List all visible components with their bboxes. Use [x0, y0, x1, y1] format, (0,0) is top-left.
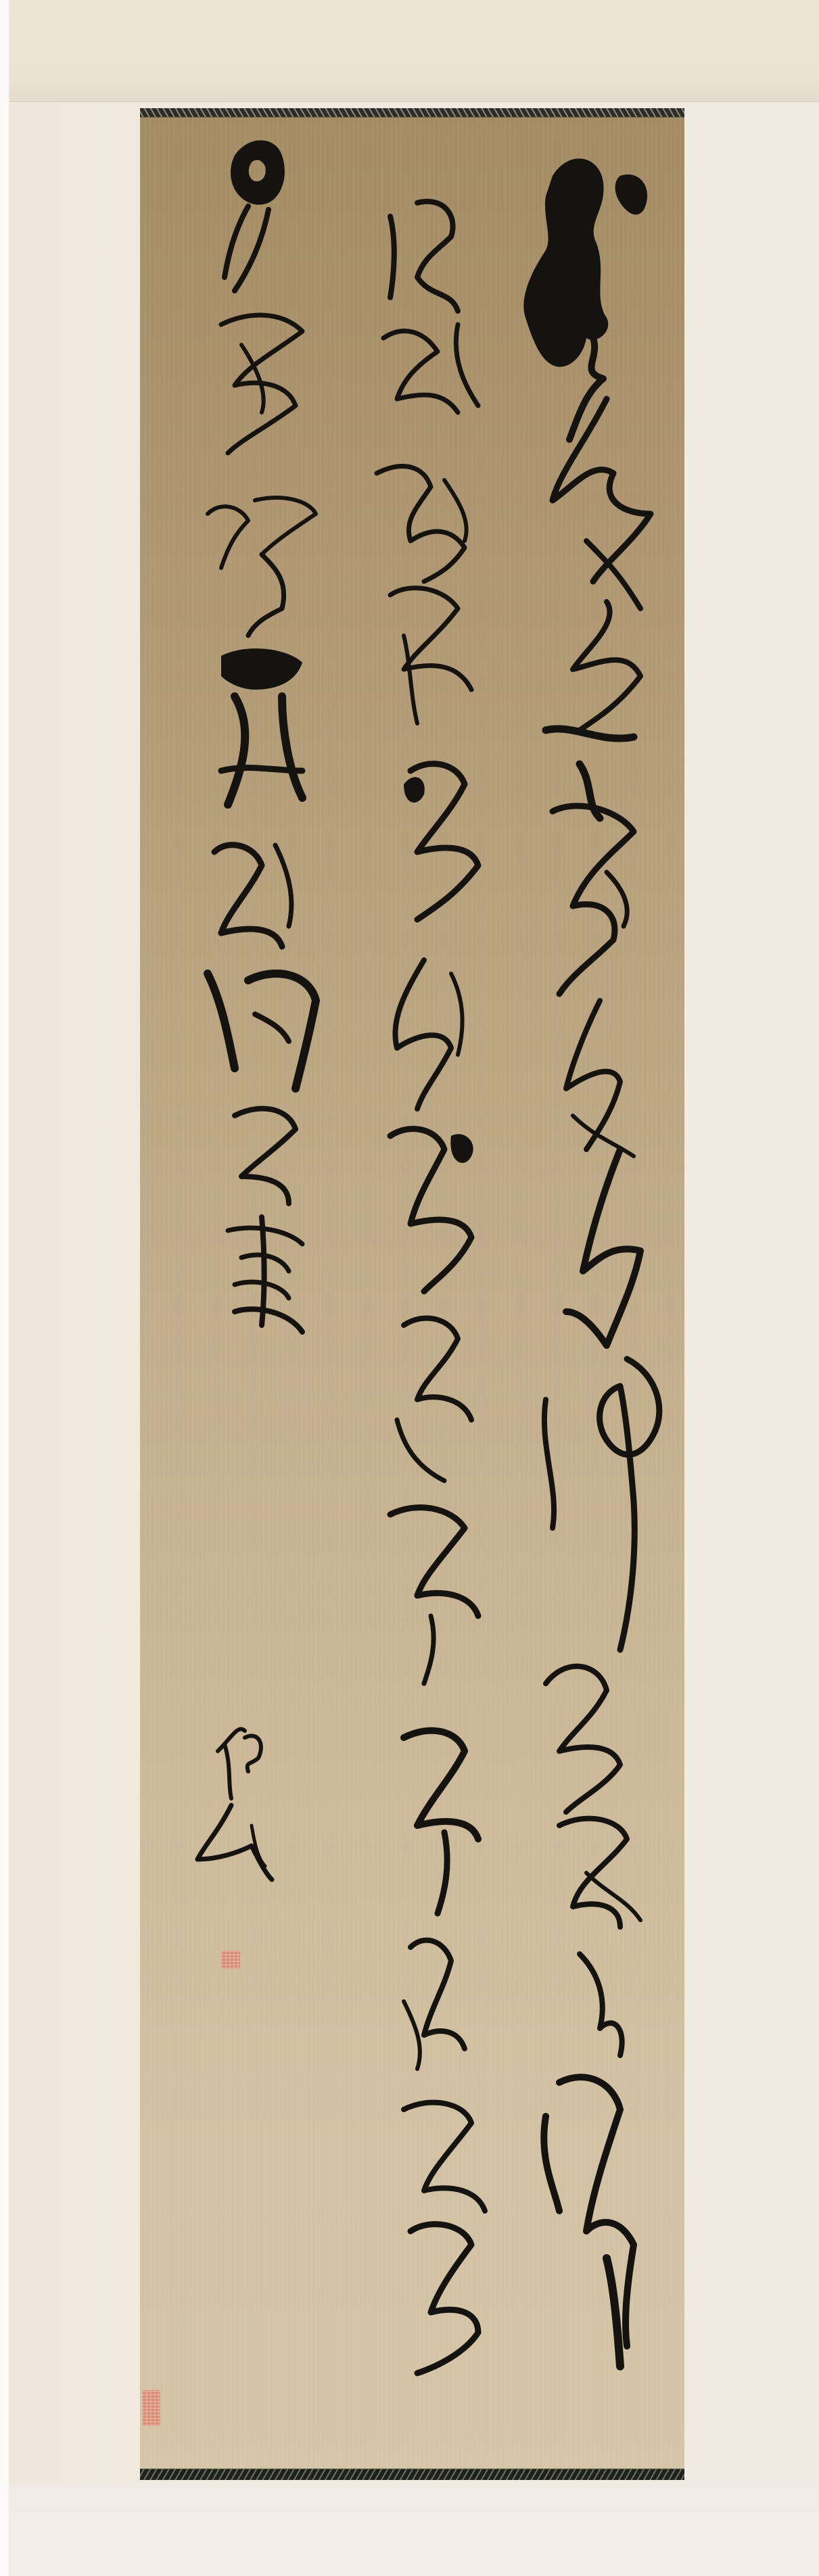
scroll-bottom-mount [9, 2483, 819, 2576]
artist-seal [221, 1951, 240, 1969]
calligraphy-column-left [181, 122, 356, 1609]
scroll-top-mount [9, 0, 819, 102]
collector-seal [142, 2390, 160, 2426]
bottom-brocade-border [140, 2468, 684, 2480]
top-brocade-border [140, 108, 684, 118]
artist-signature [191, 1724, 285, 1886]
calligraphy-column-middle [363, 162, 539, 2461]
silk-panel [140, 108, 684, 2480]
